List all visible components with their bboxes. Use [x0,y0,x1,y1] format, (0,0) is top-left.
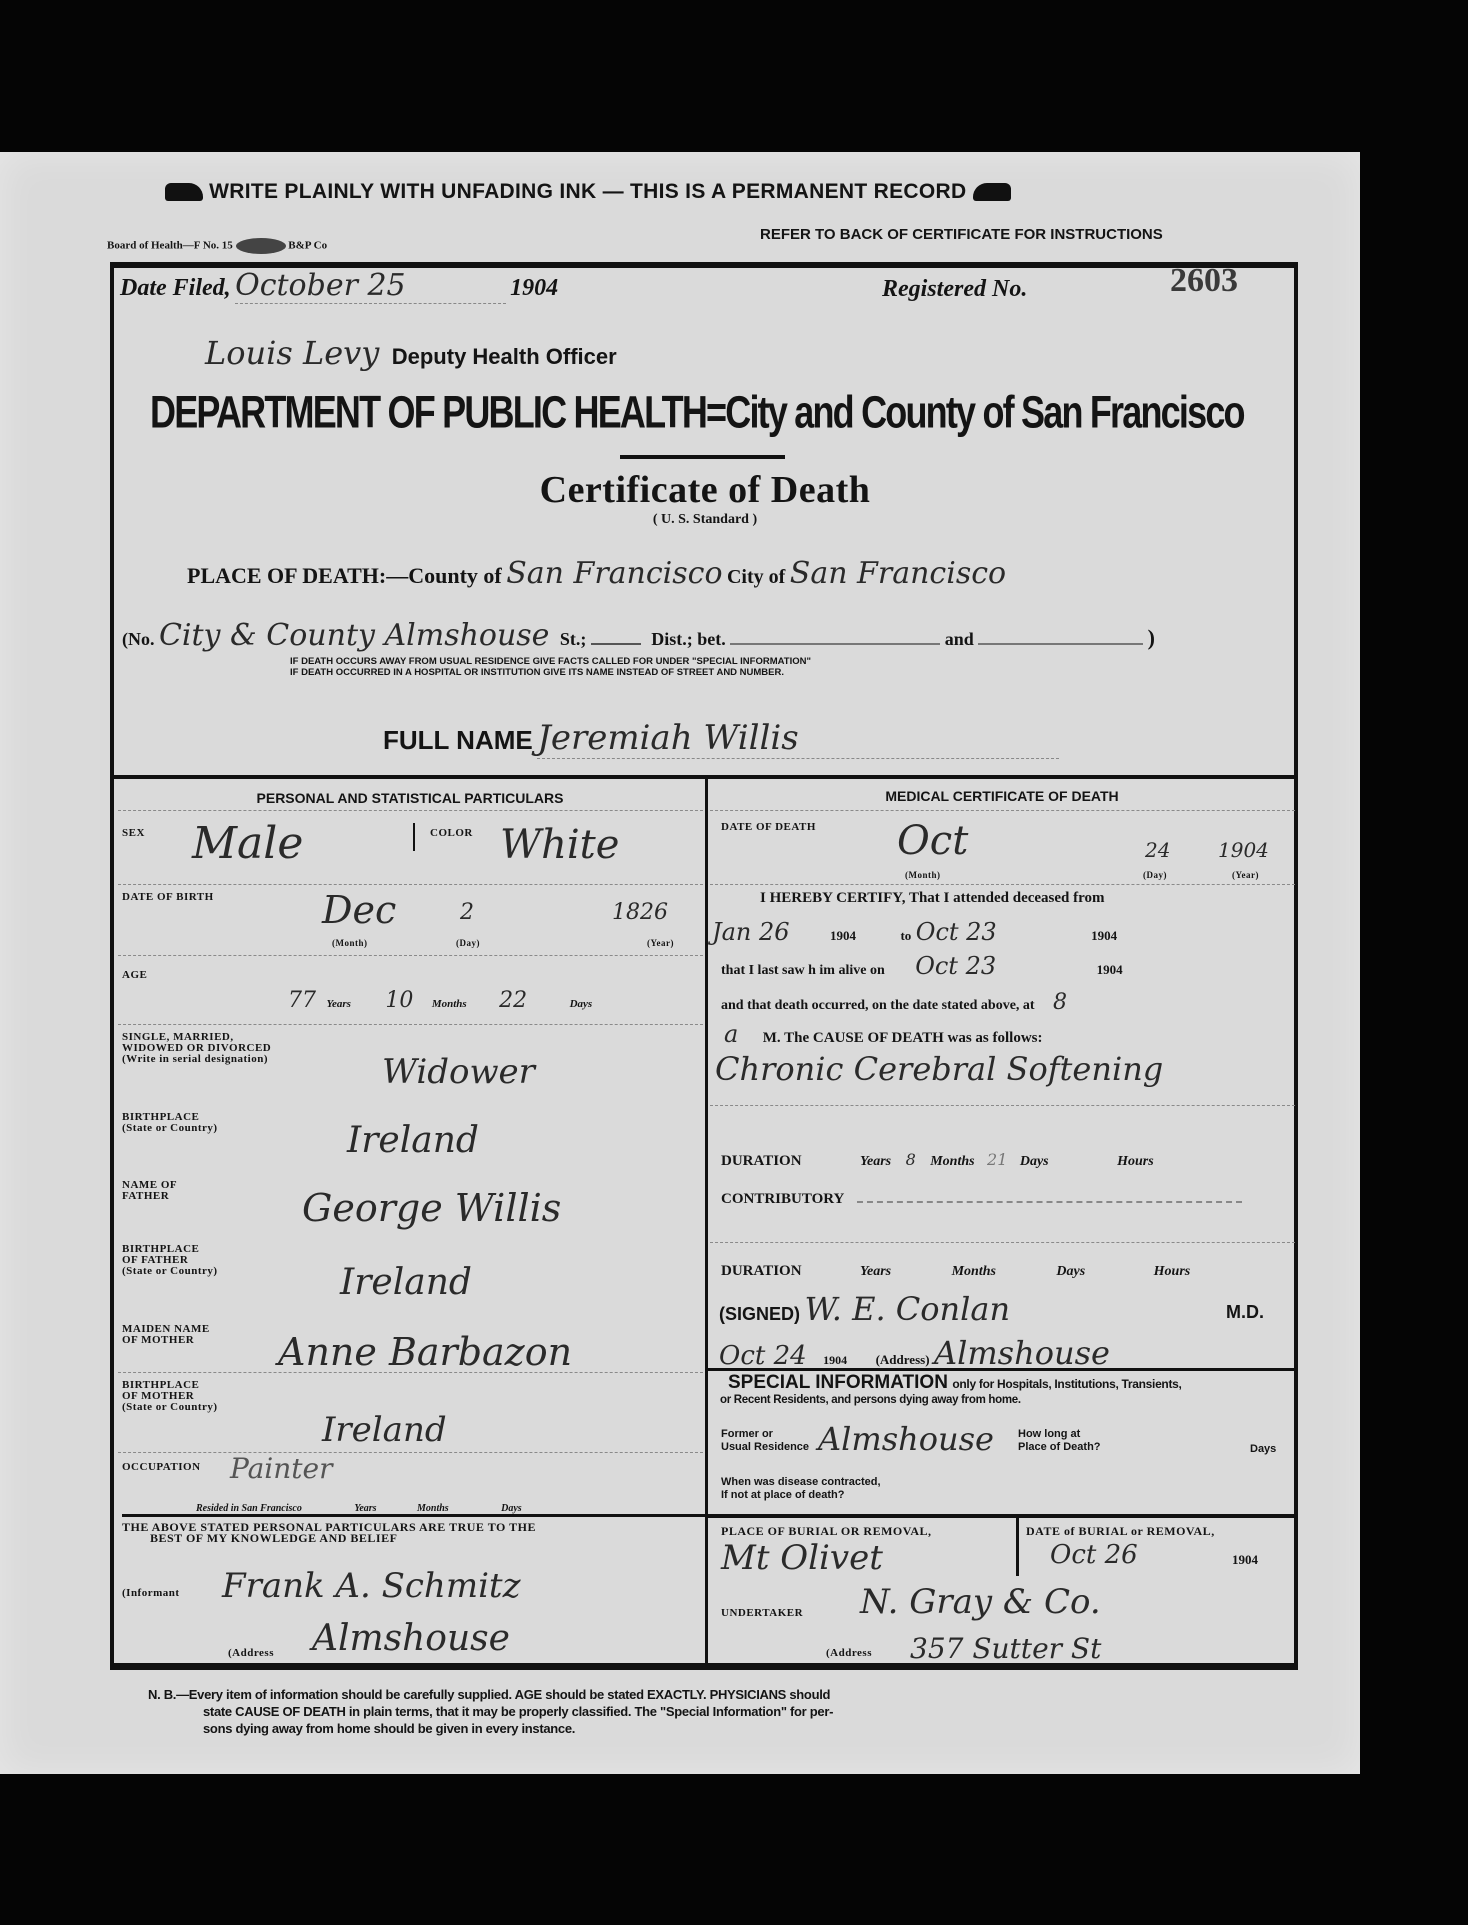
personal-heading: PERSONAL AND STATISTICAL PARTICULARS [120,790,700,806]
duration2-months-label: Months [952,1264,996,1279]
resided-label: Resided in San Francisco [196,1503,302,1514]
duration2-row: DURATION Years Months Days Hours [721,1262,1190,1280]
dod-day-caption: (Day) [1143,870,1167,881]
am-pm: a [724,1020,738,1048]
date-filed-year: 1904 [510,275,558,301]
city-value: San Francisco [790,556,1006,591]
former-label-line: Former or [721,1428,809,1441]
officer-signature: Louis Levy [205,334,379,372]
undertaker-address-value: 357 Sutter St [910,1632,1101,1665]
special-heading-big: SPECIAL INFORMATION [728,1372,948,1393]
column-divider [705,779,708,1670]
last-saw-date: Oct 23 [915,952,996,980]
signed-date: Oct 24 [719,1341,807,1371]
informant-label: (Informant [122,1588,180,1599]
date-filed-label: Date Filed, [120,275,231,301]
death-occurred-text: and that death occurred, on the date sta… [721,998,1035,1013]
duration2-years-label: Years [860,1264,891,1279]
union-seal-icon [236,238,286,254]
duration-row: DURATION Years 8 Months 21 Days Hours [721,1150,1154,1170]
duration2-days-label: Days [1056,1264,1085,1279]
mother-label-line: OF MOTHER [122,1335,210,1346]
age-months-label: Months [432,998,467,1010]
full-name-row: FULL NAME Jeremiah Willis [383,718,1059,758]
officer-row: Louis Levy Deputy Health Officer [205,334,617,372]
medical-address-value: Almshouse [934,1334,1110,1372]
certificate-title: Certificate of Death [505,468,905,512]
marital-label: SINGLE, MARRIED, WIDOWED OR DIVORCED (Wr… [122,1032,271,1065]
disease-contracted-label: When was disease contracted, If not at p… [721,1476,881,1502]
dob-day: 2 [460,900,474,925]
attended-to: Oct 23 [916,918,997,946]
registered-number: 2603 [1170,262,1238,300]
former-residence-label: Former or Usual Residence [721,1428,809,1454]
date-filed-value: October 25 [235,268,506,304]
age-days: 22 [499,988,527,1013]
duration-months-label: Months [930,1154,974,1169]
resided-years-label: Years [354,1503,376,1514]
how-long-days-label: Days [1250,1443,1276,1455]
mother-birthplace-label: BIRTHPLACE OF MOTHER (State or Country) [122,1380,218,1413]
duration2-label: DURATION [721,1263,802,1279]
burial-date-label: DATE of BURIAL or REMOVAL, [1026,1526,1215,1537]
birthplace-label: BIRTHPLACE (State or Country) [122,1112,218,1134]
undertaker-address-label: (Address [826,1648,872,1659]
attended-row: Jan 26 1904 to Oct 23 1904 [712,918,1117,946]
age-years: 77 [288,988,316,1013]
duration-label: DURATION [721,1153,802,1169]
cause-text: M. The CAUSE OF DEATH was as follows: [763,1030,1043,1046]
instructions-note: REFER TO BACK OF CERTIFICATE FOR INSTRUC… [760,226,1163,243]
contributory-row: CONTRIBUTORY [721,1190,1242,1208]
attended-from: Jan 26 [712,918,790,946]
full-name-label: FULL NAME [383,725,533,755]
how-long-label-line: Place of Death? [1018,1441,1101,1454]
last-saw-row: that I last saw h im alive on Oct 23 190… [721,952,1123,980]
medical-heading: MEDICAL CERTIFICATE OF DEATH [712,788,1292,804]
year-caption: (Year) [647,938,674,949]
md-label: M.D. [1226,1302,1264,1323]
mother-label: MAIDEN NAME OF MOTHER [122,1324,210,1346]
department-title: DEPARTMENT OF PUBLIC HEALTH=City and Cou… [150,386,1244,439]
color-value: White [500,822,619,868]
month-caption: (Month) [332,938,368,949]
resided-days-label: Days [501,1503,522,1514]
form-id-text: Board of Health—F No. 15 [107,240,233,252]
sex-label: SEX [122,828,145,839]
dod-year-caption: (Year) [1232,870,1259,881]
how-long-label-line: How long at [1018,1428,1101,1441]
duration-years: 8 [906,1150,916,1169]
footnote-line: state CAUSE OF DEATH in plain terms, tha… [148,1703,833,1720]
last-saw-year: 1904 [1097,962,1123,977]
signed-date-row: Oct 24 1904 (Address) Almshouse [719,1334,1110,1372]
dob-year: 1826 [612,900,668,925]
address-row: (No. City & County Almshouse St.; Dist.;… [122,618,1287,653]
place-name-value: City & County Almshouse [159,618,549,653]
top-banner: WRITE PLAINLY WITH UNFADING INK — THIS I… [165,180,1011,204]
signed-year: 1904 [823,1353,847,1367]
registered-label: Registered No. [882,276,1027,303]
footnote-line: sons dying away from home should be give… [148,1720,833,1737]
footnote-line: N. B.—Every item of information should b… [148,1686,833,1703]
full-name-value: Jeremiah Willis [537,718,1059,759]
dod-month: Oct [897,818,968,864]
duration-months: 21 [987,1150,1007,1169]
and-label: and [945,629,974,649]
burial-date-year: 1904 [1232,1552,1258,1568]
signed-label: (SIGNED) [719,1304,800,1324]
marital-label-line: (Write in serial designation) [122,1054,271,1065]
last-saw-text: that I last saw h im alive on [721,963,885,978]
mother-birthplace-label-line: (State or Country) [122,1402,218,1413]
mother-value: Anne Barbazon [278,1330,572,1374]
place-note: IF DEATH OCCURS AWAY FROM USUAL RESIDENC… [290,656,811,678]
medical-address-label: (Address) [876,1352,930,1367]
section-divider [110,775,1298,779]
title-divider [620,455,785,459]
informant-statement: THE ABOVE STATED PERSONAL PARTICULARS AR… [122,1522,536,1544]
place-of-death-label: PLACE OF DEATH:—County of [187,563,502,588]
duration-days-label: Days [1020,1154,1049,1169]
day-caption: (Day) [456,938,480,949]
age-label: AGE [122,970,147,981]
pointing-hand-icon [165,183,203,201]
age-years-label: Years [326,998,350,1010]
age-days-label: Days [570,998,593,1010]
age-months: 10 [385,988,413,1013]
special-heading-line2: or Recent Residents, and persons dying a… [720,1394,1021,1406]
resided-months-label: Months [417,1503,449,1514]
certificate-subtitle: ( U. S. Standard ) [505,512,905,528]
undertaker-label: UNDERTAKER [721,1608,803,1619]
printer-text: B&P Co [288,240,327,252]
cause-value: Chronic Cerebral Softening [715,1050,1163,1088]
place-note-line-2: IF DEATH OCCURRED IN A HOSPITAL OR INSTI… [290,667,811,678]
birthplace-value: Ireland [347,1120,479,1161]
cause-row: a M. The CAUSE OF DEATH was as follows: [724,1020,1043,1048]
disease-label-line: If not at place of death? [721,1489,881,1502]
signed-row: (SIGNED) W. E. Conlan [719,1290,1010,1328]
district-label: Dist.; bet. [651,629,726,649]
attended-from-year: 1904 [830,928,856,943]
marital-value: Widower [382,1052,535,1092]
pointing-hand-icon [973,183,1011,201]
duration2-hours-label: Hours [1154,1264,1191,1279]
certify-text: I HEREBY CERTIFY, That I attended deceas… [760,890,1105,907]
father-value: George Willis [302,1186,561,1230]
dob-month: Dec [322,888,396,932]
place-note-line-1: IF DEATH OCCURS AWAY FROM USUAL RESIDENC… [290,656,811,667]
occupation-label: OCCUPATION [122,1462,201,1473]
dod-day: 24 [1145,838,1170,862]
city-label: City of [727,566,785,588]
burial-date-value: Oct 26 [1050,1540,1138,1570]
former-label-line: Usual Residence [721,1441,809,1454]
father-birthplace-label: BIRTHPLACE OF FATHER (State or Country) [122,1244,218,1277]
contributory-label: CONTRIBUTORY [721,1191,844,1207]
footnote: N. B.—Every item of information should b… [148,1686,833,1737]
burial-place-value: Mt Olivet [721,1538,883,1578]
county-value: San Francisco [506,556,722,591]
street-label: St.; [560,629,587,649]
special-heading: SPECIAL INFORMATION only for Hospitals, … [728,1372,1182,1394]
age-row: 77 Years 10 Months 22 Days [288,988,592,1013]
dob-label: DATE OF BIRTH [122,892,214,903]
former-residence-value: Almshouse [818,1420,994,1458]
dod-month-caption: (Month) [905,870,941,881]
how-long-label: How long at Place of Death? [1018,1428,1101,1454]
informant-address-label: (Address [228,1648,274,1659]
dod-year: 1904 [1218,838,1269,862]
informant-value: Frank A. Schmitz [222,1566,521,1606]
father-label-line: FATHER [122,1191,177,1202]
color-label: COLOR [430,828,473,839]
undertaker-value: N. Gray & Co. [860,1582,1101,1622]
place-of-death-row: PLACE OF DEATH:—County of San Francisco … [187,556,1006,591]
special-heading-rest: only for Hospitals, Institutions, Transi… [952,1377,1181,1391]
occupation-value: Painter [230,1452,332,1485]
informant-address-value: Almshouse [312,1618,510,1659]
attended-to-year: 1904 [1091,928,1117,943]
close-paren: ) [1148,625,1155,650]
father-birthplace-value: Ireland [340,1262,472,1303]
date-filed-row: Date Filed, October 25 1904 [120,268,558,303]
signed-value: W. E. Conlan [804,1290,1010,1328]
dod-label: DATE OF DEATH [721,822,816,833]
sex-value: Male [192,818,303,869]
number-label: (No. [122,629,155,649]
informant-statement-line: BEST OF MY KNOWLEDGE AND BELIEF [122,1533,536,1544]
duration-years-label: Years [860,1154,891,1169]
father-birthplace-label-line: (State or Country) [122,1266,218,1277]
death-hour: 8 [1053,990,1067,1015]
form-id: Board of Health—F No. 15 B&P Co [107,238,327,254]
mother-birthplace-value: Ireland [322,1410,447,1450]
officer-title: Deputy Health Officer [392,344,617,369]
top-banner-text: WRITE PLAINLY WITH UNFADING INK — THIS I… [209,180,966,203]
father-label: NAME OF FATHER [122,1180,177,1202]
duration-hours-label: Hours [1117,1154,1154,1169]
birthplace-label-line: (State or Country) [122,1123,218,1134]
burial-place-label: PLACE OF BURIAL OR REMOVAL, [721,1526,932,1537]
death-time-row: and that death occurred, on the date sta… [721,990,1067,1015]
disease-label-line: When was disease contracted, [721,1476,881,1489]
to-label: to [900,928,911,943]
